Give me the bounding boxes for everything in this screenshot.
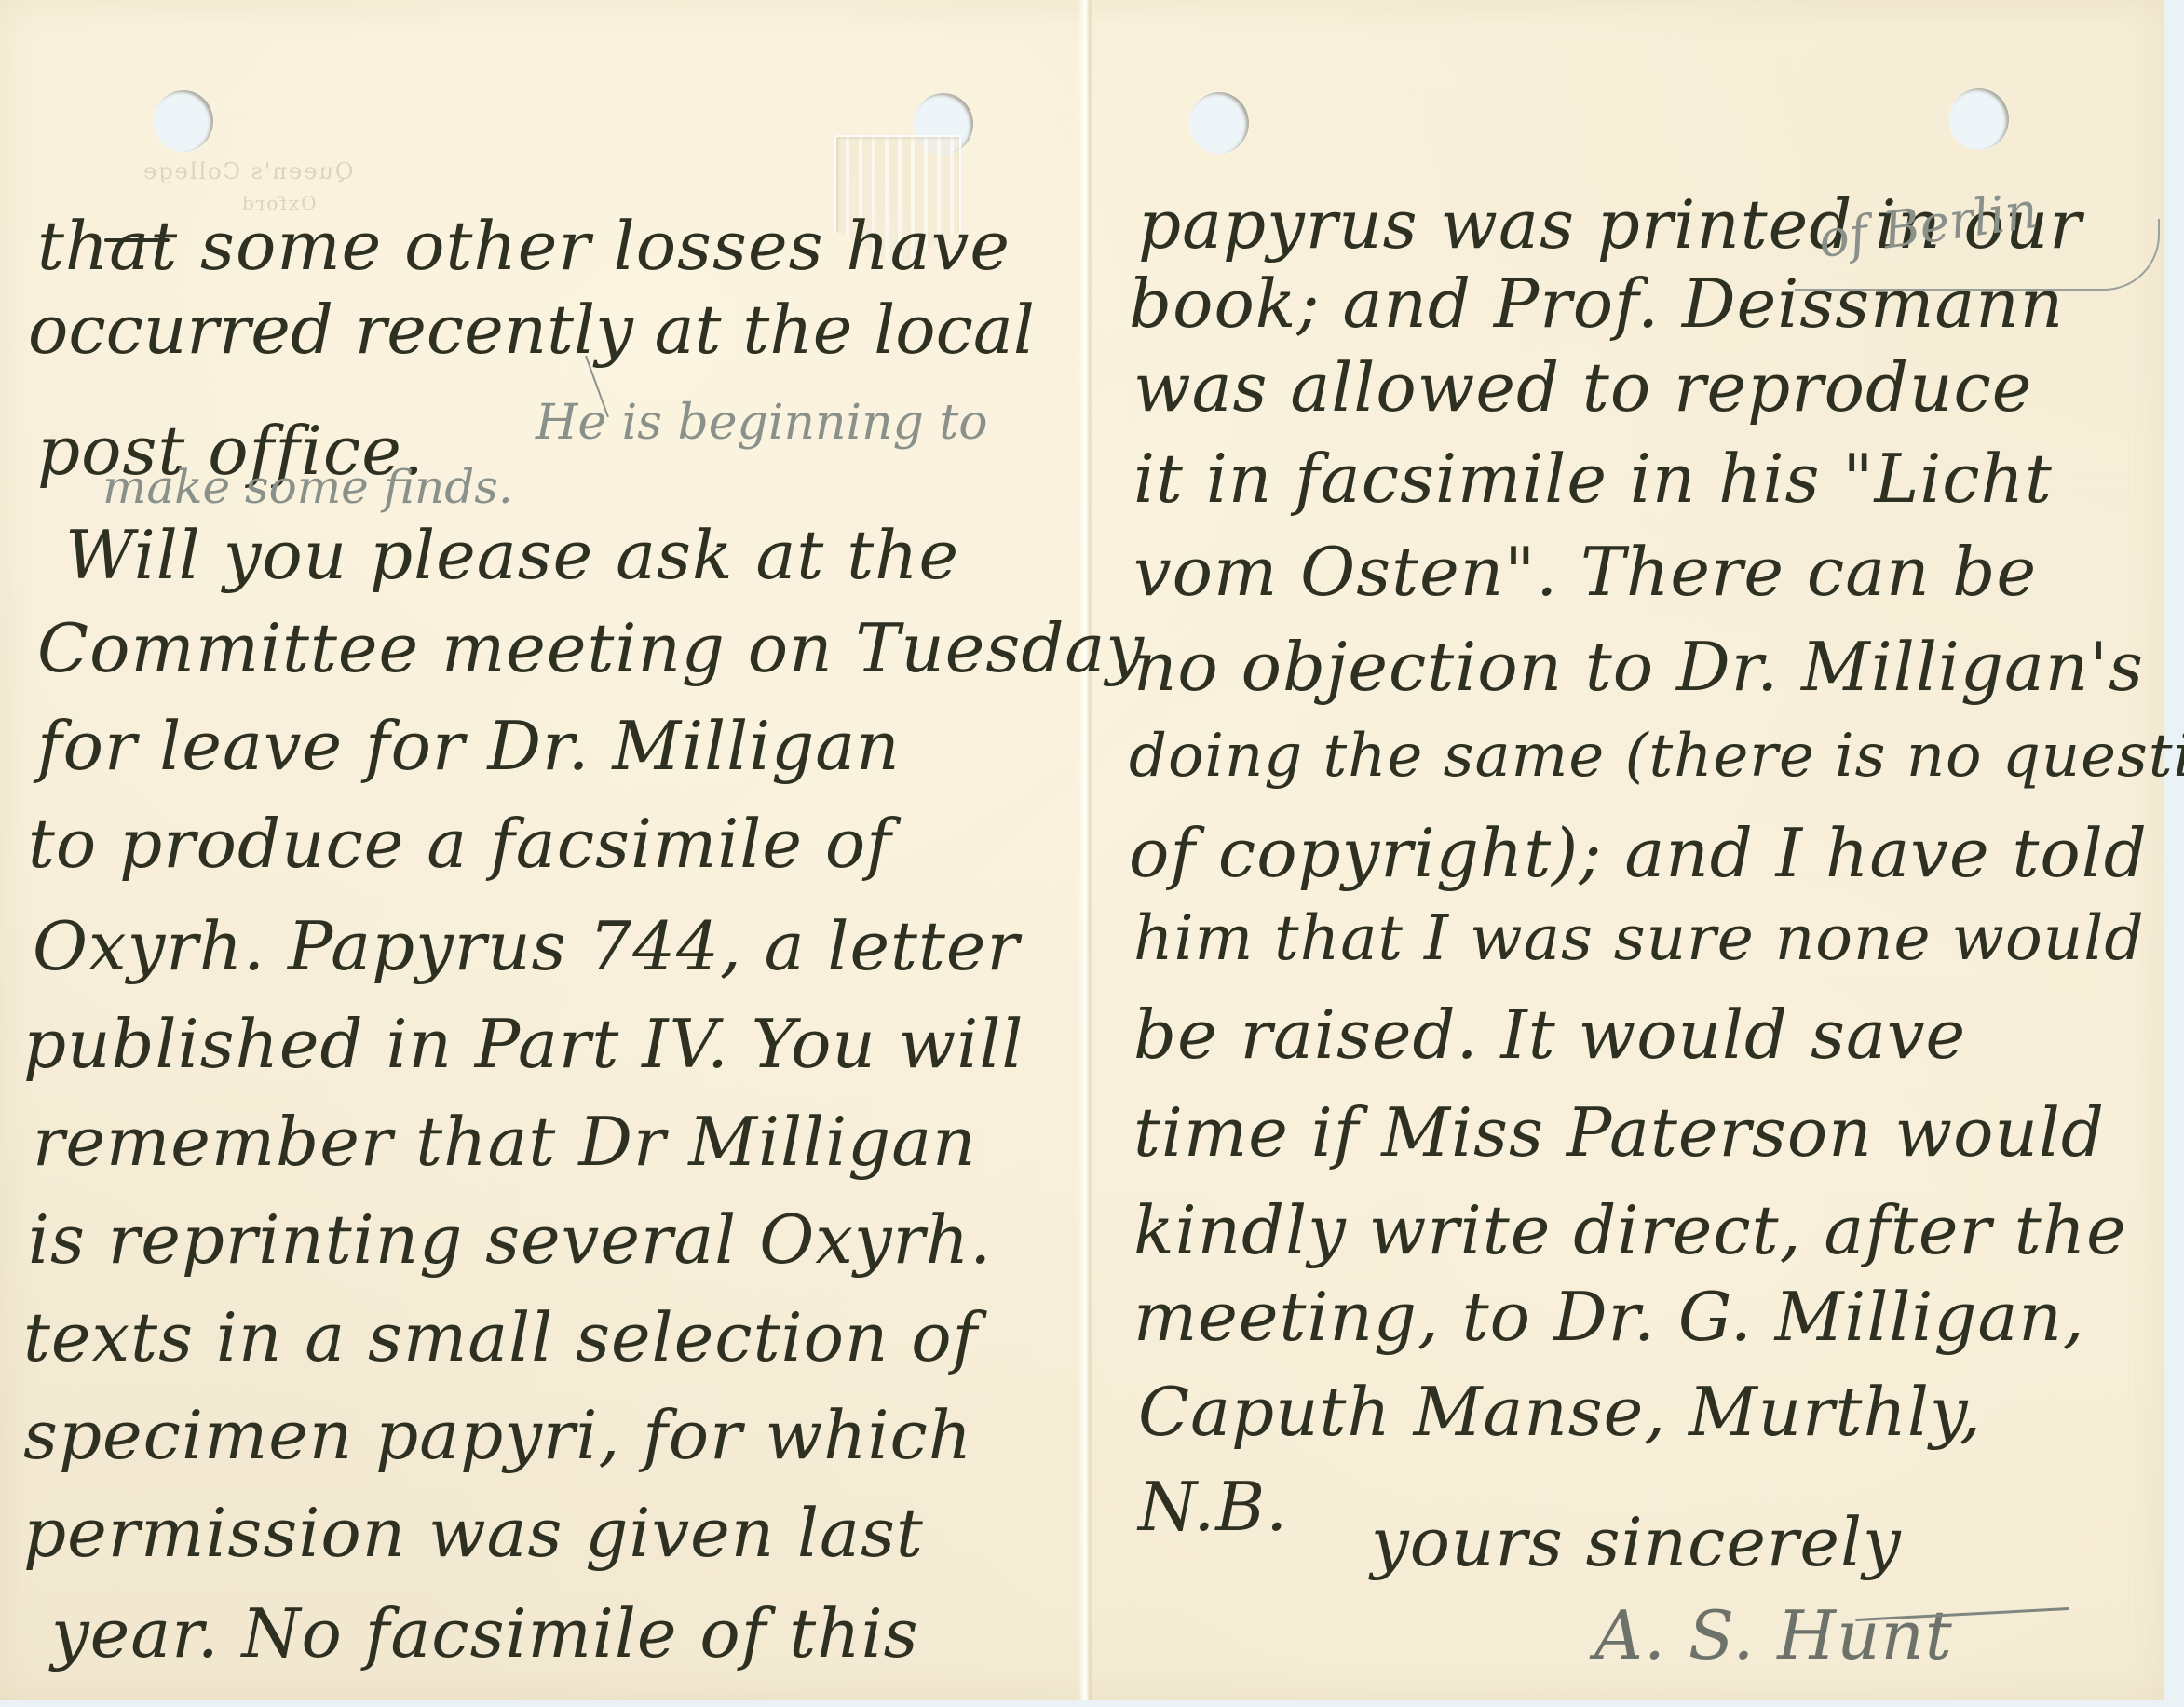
right-page: papyrus was printed in our of Berlin boo… — [1092, 0, 2164, 1700]
letter-line: of copyright); and I have told — [1129, 820, 2148, 887]
letter-line: specimen papyri, for which — [23, 1402, 972, 1469]
letter-sheet: Queen's College Oxford that some other l… — [0, 0, 2164, 1700]
insertion-note: make some finds. — [102, 464, 513, 510]
letter-line: remember that Dr Milligan — [33, 1108, 977, 1175]
letter-line: that some other losses have — [37, 212, 1011, 279]
letter-line: it in facsimile in his "Licht — [1133, 445, 2053, 512]
letter-line: to produce a facsimile of — [28, 810, 892, 877]
letter-line: Will you please ask at the — [65, 522, 959, 589]
letter-line: no objection to Dr. Milligan's — [1133, 633, 2144, 700]
letter-line: published in Part IV. You will — [23, 1010, 1024, 1077]
letter-line: for leave for Dr. Milligan — [37, 712, 901, 779]
letter-line: occurred recently at the local — [28, 296, 1071, 363]
letter-line: be raised. It would save — [1133, 1001, 1966, 1068]
letter-line: permission was given last — [23, 1499, 924, 1566]
letter-line: time if Miss Paterson would — [1133, 1099, 2105, 1166]
letter-line: N.B. — [1138, 1473, 1288, 1540]
letter-line: Oxyrh. Papyrus 744, a letter — [33, 913, 1020, 980]
letter-line: him that I was sure none would — [1133, 908, 2145, 969]
letterhead-college: Queen's College — [142, 158, 353, 184]
letter-line: kindly write direct, after the — [1133, 1197, 2127, 1264]
letter-line: book; and Prof. Deissmann — [1129, 270, 2064, 337]
letter-line: doing the same (there is no question — [1129, 726, 2184, 786]
letter-line: meeting, to Dr. G. Milligan, — [1133, 1283, 2085, 1350]
insertion-note: He is beginning to — [536, 399, 988, 447]
letterhead-bleed-through: Queen's College Oxford — [142, 158, 353, 214]
letter-line: year. No facsimile of this — [51, 1600, 919, 1667]
letter-line: Caputh Manse, Murthly, — [1138, 1378, 1982, 1445]
letter-line: vom Osten". There can be — [1133, 538, 2037, 605]
letter-closing: yours sincerely — [1371, 1509, 1902, 1576]
strikethrough-mark — [104, 238, 170, 242]
letter-signature: A. S. Hunt — [1594, 1602, 1953, 1669]
letter-line: is reprinting several Oxyrh. — [28, 1206, 992, 1273]
letter-line: texts in a small selection of — [23, 1304, 978, 1371]
letter-line: Committee meeting on Tuesday — [37, 615, 1145, 682]
left-page: Queen's College Oxford that some other l… — [0, 0, 1080, 1700]
letter-line: was allowed to reproduce — [1133, 354, 2032, 421]
